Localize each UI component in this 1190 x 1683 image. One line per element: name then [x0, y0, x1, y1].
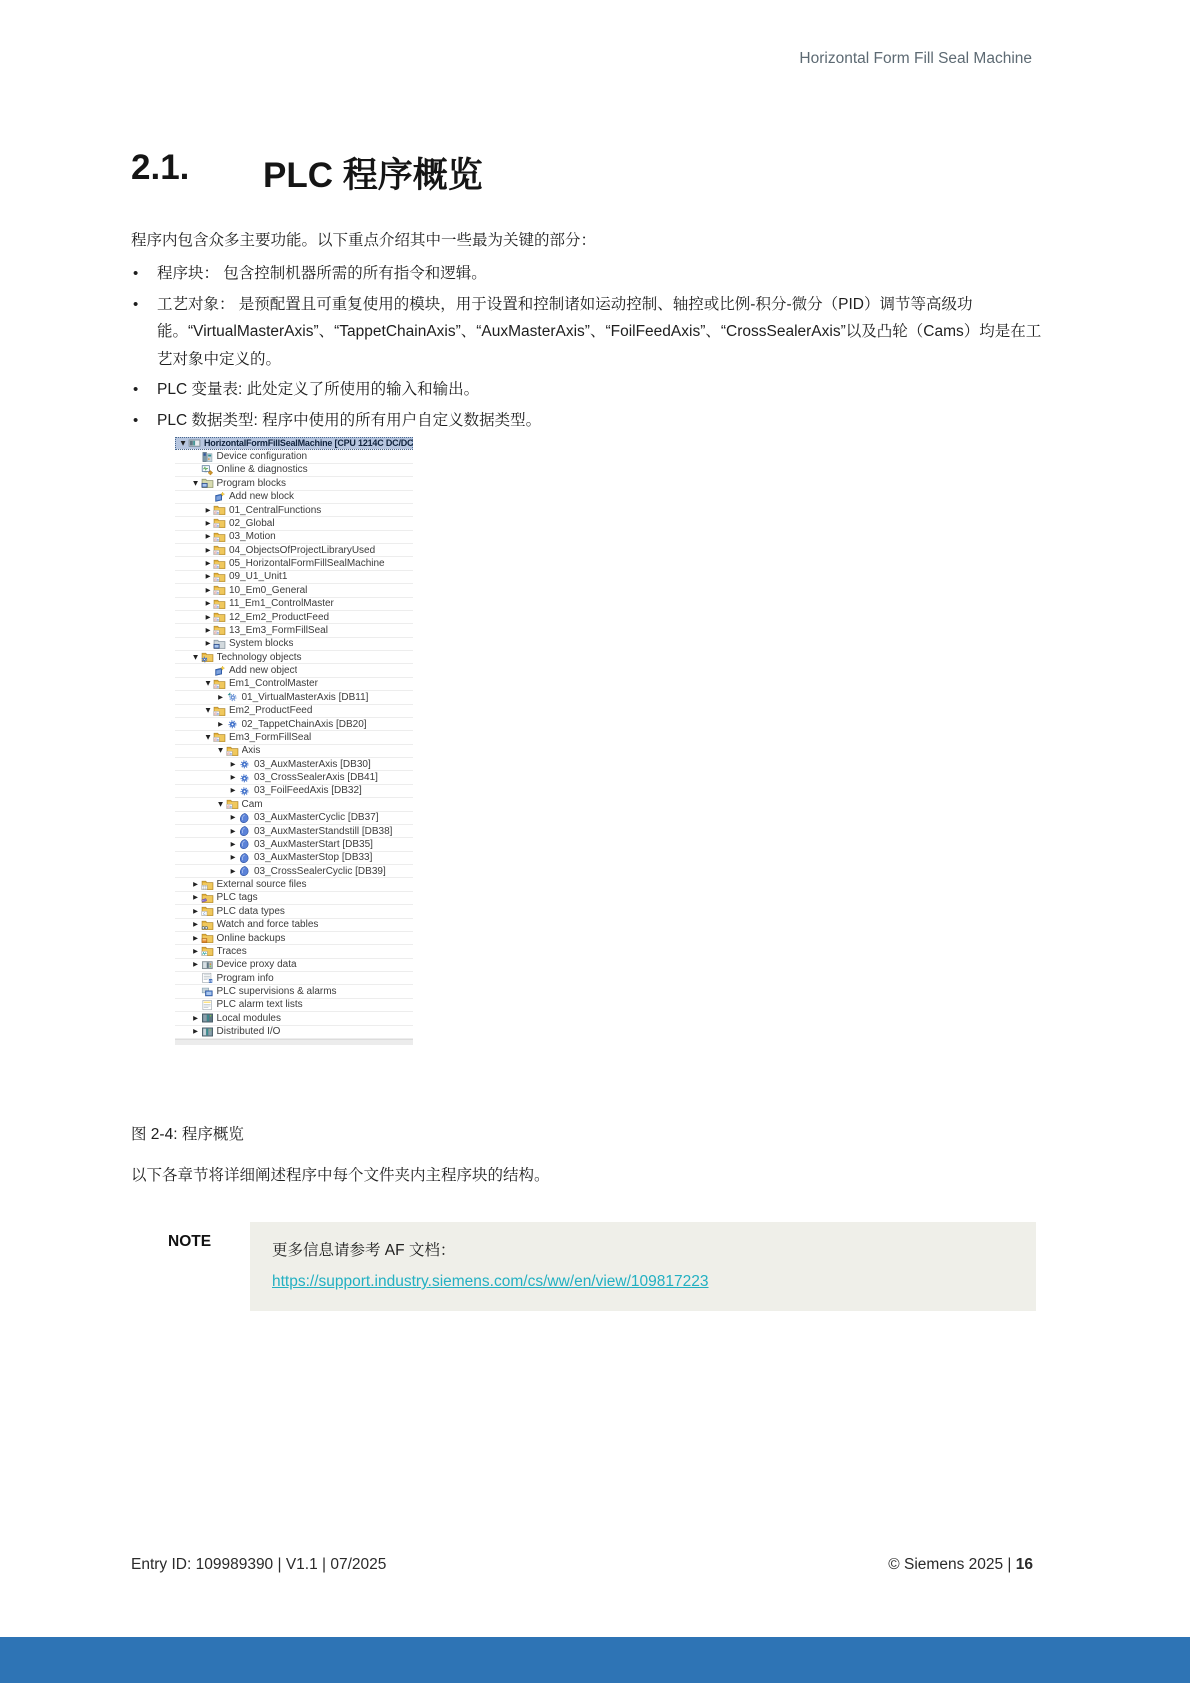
svg-text:b: b [217, 591, 219, 595]
tree-item-label: Online & diagnostics [217, 464, 308, 475]
block-folder-icon: Eb [226, 798, 239, 810]
tree-item[interactable]: ▶Online backups [175, 932, 413, 945]
tree-item-label: Program blocks [217, 478, 286, 489]
bullet-text: PLC 变量表: 此处定义了所使用的输入和输出。 [157, 376, 1045, 404]
tree-item-label: Em2_ProductFeed [229, 705, 312, 716]
system-blocks-folder-icon [213, 638, 226, 650]
tree-footer-strip [175, 1039, 413, 1045]
online-diagnostics-icon: ? [201, 464, 214, 476]
bullet-text: 工艺对象： 是预配置且可重复使用的模块，用于设置和控制诸如运动控制、轴控或比例-… [157, 291, 1045, 374]
tree-item-label: 02_TappetChainAxis [DB20] [242, 719, 367, 730]
tree-item[interactable]: ▼Program blocks [175, 477, 413, 490]
svg-text:b: b [217, 738, 219, 742]
tree-item[interactable]: ▼Technology objects [175, 651, 413, 664]
axis-gear-icon [238, 785, 251, 797]
tree-item-label: 01_VirtualMasterAxis [DB11] [242, 692, 369, 703]
tree-item-label: Add new block [229, 491, 294, 502]
chevron-collapsed-icon[interactable]: ▶ [228, 761, 238, 768]
chevron-collapsed-icon[interactable]: ▶ [203, 614, 213, 621]
chevron-collapsed-icon[interactable]: ▶ [228, 828, 238, 835]
svg-text:b: b [217, 618, 219, 622]
tree-item-label: Add new object [229, 665, 297, 676]
cam-icon [238, 825, 251, 837]
tree-item-label: External source files [217, 879, 307, 890]
svg-text:b: b [217, 578, 219, 582]
bullet-text: 程序块： 包含控制机器所需的所有指令和逻辑。 [157, 260, 1045, 288]
tree-item-label: Local modules [217, 1013, 281, 1024]
chevron-expanded-icon[interactable]: ▼ [178, 440, 188, 447]
backup-folder-icon [201, 932, 214, 944]
tree-item[interactable]: PLC alarm text lists [175, 999, 413, 1012]
svg-text:b: b [217, 511, 219, 515]
block-folder-icon: Eb [213, 731, 226, 743]
traces-folder-icon [201, 945, 214, 957]
tree-item-label: Device configuration [217, 451, 308, 462]
block-folder-icon: Eb [226, 745, 239, 757]
tree-item-label: Technology objects [217, 652, 302, 663]
device-config-icon [201, 451, 214, 463]
tree-item[interactable]: ▶03_AuxMasterStop [DB33] [175, 852, 413, 865]
chevron-collapsed-icon[interactable]: ▶ [228, 854, 238, 861]
document-page: Horizontal Form Fill Seal Machine 2.1. P… [0, 0, 1190, 1683]
svg-text:?: ? [209, 471, 211, 475]
block-folder-icon: Eb [213, 624, 226, 636]
tree-item-label: 04_ObjectsOfProjectLibraryUsed [229, 545, 375, 556]
cam-icon [238, 865, 251, 877]
datatypes-folder-icon: c [201, 905, 214, 917]
cam-icon [238, 838, 251, 850]
tree-item-label: 05_HorizontalFormFillSealMachine [229, 558, 385, 569]
block-folder-icon: Eb [213, 678, 226, 690]
bullet-icon: • [133, 260, 157, 288]
chevron-expanded-icon[interactable]: ▼ [216, 801, 226, 808]
tree-item[interactable]: ▶Eb12_Em2_ProductFeed [175, 611, 413, 624]
chevron-collapsed-icon[interactable]: ▶ [203, 560, 213, 567]
tree-item-label: 03_CrossSealerCyclic [DB39] [254, 866, 386, 877]
tree-item[interactable]: Add new object [175, 664, 413, 677]
tree-item[interactable]: ▶Eb09_U1_Unit1 [175, 571, 413, 584]
svg-text:b: b [217, 538, 219, 542]
chevron-collapsed-icon[interactable]: ▶ [228, 841, 238, 848]
tree-item[interactable]: ▶Traces [175, 945, 413, 958]
tree-item-label: Distributed I/O [217, 1026, 281, 1037]
tree-item[interactable]: ▶Eb10_Em0_General [175, 584, 413, 597]
tree-item[interactable]: ▶01_VirtualMasterAxis [DB11] [175, 691, 413, 704]
tree-item[interactable]: ▼HorizontalFormFillSealMachine [CPU 1214… [175, 437, 413, 450]
block-folder-icon: Eb [213, 571, 226, 583]
tree-item[interactable]: ?Online & diagnostics [175, 464, 413, 477]
tree-item[interactable]: ▼EbEm2_ProductFeed [175, 705, 413, 718]
chevron-expanded-icon[interactable]: ▼ [203, 680, 213, 687]
plc-station-icon [188, 437, 201, 449]
tree-item[interactable]: ▶Eb02_Global [175, 517, 413, 530]
chevron-collapsed-icon[interactable]: ▶ [203, 573, 213, 580]
tree-item-label: 03_AuxMasterCyclic [DB37] [254, 812, 379, 823]
supervisions-icon [201, 986, 214, 998]
bullet-icon: • [133, 407, 157, 435]
tree-item-label: 03_AuxMasterStandstill [DB38] [254, 826, 392, 837]
local-modules-icon [201, 1012, 214, 1024]
tree-item-label: PLC data types [217, 906, 285, 917]
axis-gear-icon [238, 772, 251, 784]
program-info-icon: 24 [201, 972, 214, 984]
svg-text:b: b [217, 685, 219, 689]
tree-item-label: Watch and force tables [217, 919, 319, 930]
block-folder-icon: Eb [213, 517, 226, 529]
chevron-collapsed-icon[interactable]: ▶ [203, 587, 213, 594]
intro-paragraph: 程序内包含众多主要功能。以下重点介绍其中一些最为关键的部分： [131, 228, 596, 250]
block-folder-icon: Eb [213, 598, 226, 610]
alarm-text-lists-icon [201, 999, 214, 1011]
tree-item[interactable]: PLC supervisions & alarms [175, 985, 413, 998]
bullet-list: •程序块： 包含控制机器所需的所有指令和逻辑。•工艺对象： 是预配置且可重复使用… [133, 260, 1045, 437]
chevron-collapsed-icon[interactable]: ▶ [216, 694, 226, 701]
tree-item[interactable]: Device configuration [175, 450, 413, 463]
tree-item-label: Traces [217, 946, 247, 957]
bullet-item: •程序块： 包含控制机器所需的所有指令和逻辑。 [133, 260, 1045, 288]
chevron-collapsed-icon[interactable]: ▶ [191, 921, 201, 928]
tree-item[interactable]: ▶cPLC data types [175, 905, 413, 918]
tree-item-label: Axis [242, 745, 261, 756]
block-folder-icon: Eb [213, 504, 226, 516]
tree-item-label: Cam [242, 799, 263, 810]
chevron-collapsed-icon[interactable]: ▶ [191, 935, 201, 942]
chevron-collapsed-icon[interactable]: ▶ [191, 908, 201, 915]
tree-item[interactable]: ▼EbEm3_FormFillSeal [175, 731, 413, 744]
program-blocks-folder-icon [201, 477, 214, 489]
block-folder-icon: Eb [213, 558, 226, 570]
tree-item[interactable]: ▶02_TappetChainAxis [DB20] [175, 718, 413, 731]
note-text: 更多信息请参考 AF 文档： [272, 1238, 1014, 1260]
bullet-item: •工艺对象： 是预配置且可重复使用的模块，用于设置和控制诸如运动控制、轴控或比例… [133, 291, 1045, 374]
tree-item-label: Em3_FormFillSeal [229, 732, 311, 743]
figure-caption: 图 2-4: 程序概览 [131, 1122, 244, 1144]
chevron-collapsed-icon[interactable]: ▶ [216, 721, 226, 728]
chevron-collapsed-icon[interactable]: ▶ [191, 1015, 201, 1022]
chevron-collapsed-icon[interactable]: ▶ [203, 640, 213, 647]
section-title-text: PLC 程序概览 [263, 148, 483, 198]
tree-item-label: Program info [217, 973, 274, 984]
chevron-collapsed-icon[interactable]: ▶ [203, 600, 213, 607]
block-folder-icon: Eb [213, 531, 226, 543]
virtual-axis-icon [226, 691, 239, 703]
watch-folder-icon [201, 919, 214, 931]
tree-item-label: 13_Em3_FormFillSeal [229, 625, 328, 636]
tree-item[interactable]: ▶03_FoilFeedAxis [DB32] [175, 785, 413, 798]
tree-item[interactable]: ▶Eb03_Motion [175, 531, 413, 544]
chevron-collapsed-icon[interactable]: ▶ [203, 533, 213, 540]
tree-item[interactable]: ▶Eb11_Em1_ControlMaster [175, 598, 413, 611]
tree-item-label: 11_Em1_ControlMaster [229, 598, 334, 609]
tree-item[interactable]: ▼EbEm1_ControlMaster [175, 678, 413, 691]
footer-copyright: © Siemens 2025 | 16 [888, 1556, 1033, 1574]
tree-item[interactable]: ▶03_AuxMasterStart [DB35] [175, 838, 413, 851]
cam-icon [238, 812, 251, 824]
chevron-collapsed-icon[interactable]: ▶ [191, 881, 201, 888]
chevron-expanded-icon[interactable]: ▼ [216, 747, 226, 754]
tree-item[interactable]: Add new block [175, 491, 413, 504]
tree-item-label: Device proxy data [217, 959, 297, 970]
svg-text:b: b [217, 605, 219, 609]
svg-text:b: b [217, 524, 219, 528]
tree-item[interactable]: ▶External source files [175, 878, 413, 891]
svg-text:b: b [217, 631, 219, 635]
block-folder-icon: Eb [213, 611, 226, 623]
tree-item-label: 02_Global [229, 518, 275, 529]
proxy-device-icon [201, 959, 214, 971]
block-folder-icon: Eb [213, 544, 226, 556]
running-header: Horizontal Form Fill Seal Machine [799, 50, 1032, 68]
tree-item[interactable]: ▶Eb13_Em3_FormFillSeal [175, 624, 413, 637]
bullet-icon: • [133, 291, 157, 374]
tree-item-label: 03_FoilFeedAxis [DB32] [254, 785, 362, 796]
chevron-collapsed-icon[interactable]: ▶ [228, 868, 238, 875]
chevron-collapsed-icon[interactable]: ▶ [203, 547, 213, 554]
tree-item-label: PLC supervisions & alarms [217, 986, 337, 997]
tree-item-label: 03_Motion [229, 531, 276, 542]
tree-item[interactable]: ▶Eb04_ObjectsOfProjectLibraryUsed [175, 544, 413, 557]
chevron-collapsed-icon[interactable]: ▶ [228, 814, 238, 821]
tags-folder-icon [201, 892, 214, 904]
svg-text:b: b [217, 712, 219, 716]
bullet-item: •PLC 变量表: 此处定义了所使用的输入和输出。 [133, 376, 1045, 404]
block-folder-icon: Eb [213, 705, 226, 717]
chevron-collapsed-icon[interactable]: ▶ [191, 948, 201, 955]
chevron-collapsed-icon[interactable]: ▶ [203, 507, 213, 514]
svg-text:c: c [203, 911, 205, 916]
tree-item[interactable]: ▶Device proxy data [175, 959, 413, 972]
svg-text:b: b [229, 752, 231, 756]
tree-item-label: 12_Em2_ProductFeed [229, 612, 329, 623]
svg-text:b: b [229, 805, 231, 809]
tree-item-label: 03_AuxMasterAxis [DB30] [254, 759, 371, 770]
note-box: 更多信息请参考 AF 文档： https://support.industry.… [250, 1222, 1036, 1311]
tree-item-label: Online backups [217, 933, 286, 944]
tree-item[interactable]: 24Program info [175, 972, 413, 985]
page-footer: Entry ID: 109989390 | V1.1 | 07/2025 © S… [131, 1556, 1033, 1574]
chevron-collapsed-icon[interactable]: ▶ [228, 774, 238, 781]
tree-item[interactable]: ▶03_CrossSealerCyclic [DB39] [175, 865, 413, 878]
svg-text:b: b [217, 551, 219, 555]
tree-item[interactable]: ▶Watch and force tables [175, 919, 413, 932]
tree-item[interactable]: ▶03_AuxMasterCyclic [DB37] [175, 812, 413, 825]
tree-item-label: 03_AuxMasterStart [DB35] [254, 839, 373, 850]
tree-item[interactable]: ▶Distributed I/O [175, 1026, 413, 1039]
tree-item-label: 03_CrossSealerAxis [DB41] [254, 772, 378, 783]
footer-entry-id: Entry ID: 109989390 | V1.1 | 07/2025 [131, 1556, 386, 1574]
tree-item[interactable]: ▶Eb05_HorizontalFormFillSealMachine [175, 557, 413, 570]
tree-item[interactable]: ▼EbAxis [175, 745, 413, 758]
chevron-collapsed-icon[interactable]: ▶ [203, 520, 213, 527]
svg-text:b: b [217, 565, 219, 569]
chevron-expanded-icon[interactable]: ▼ [191, 654, 201, 661]
chevron-expanded-icon[interactable]: ▼ [203, 707, 213, 714]
cam-icon [238, 852, 251, 864]
chevron-collapsed-icon[interactable]: ▶ [191, 894, 201, 901]
chevron-expanded-icon[interactable]: ▼ [203, 734, 213, 741]
add-new-object-icon [213, 665, 226, 677]
bottom-accent-bar [0, 1637, 1190, 1683]
project-tree: ▼HorizontalFormFillSealMachine [CPU 1214… [175, 437, 413, 1045]
tree-item[interactable]: ▶03_AuxMasterAxis [DB30] [175, 758, 413, 771]
chevron-collapsed-icon[interactable]: ▶ [191, 961, 201, 968]
note-label: NOTE [168, 1233, 211, 1251]
source-folder-icon [201, 879, 214, 891]
bullet-icon: • [133, 376, 157, 404]
chevron-collapsed-icon[interactable]: ▶ [203, 627, 213, 634]
tree-item-label: System blocks [229, 638, 293, 649]
block-folder-icon: Eb [213, 584, 226, 596]
tree-item[interactable]: ▶03_AuxMasterStandstill [DB38] [175, 825, 413, 838]
note-link[interactable]: https://support.industry.siemens.com/cs/… [272, 1273, 709, 1291]
bullet-item: •PLC 数据类型: 程序中使用的所有用户自定义数据类型。 [133, 407, 1045, 435]
chevron-collapsed-icon[interactable]: ▶ [228, 787, 238, 794]
tree-item-label: 09_U1_Unit1 [229, 571, 287, 582]
tree-item[interactable]: ▶PLC tags [175, 892, 413, 905]
bullet-text: PLC 数据类型: 程序中使用的所有用户自定义数据类型。 [157, 407, 1045, 435]
tree-item-label: 01_CentralFunctions [229, 505, 321, 516]
tree-item-label: 10_Em0_General [229, 585, 307, 596]
tree-item[interactable]: ▶Eb01_CentralFunctions [175, 504, 413, 517]
tree-item[interactable]: ▶03_CrossSealerAxis [DB41] [175, 771, 413, 784]
section-title: 2.1. PLC 程序概览 [131, 148, 483, 198]
svg-text:24: 24 [208, 979, 212, 983]
tree-item[interactable]: ▼EbCam [175, 798, 413, 811]
tree-item-label: PLC alarm text lists [217, 999, 303, 1010]
tree-item-label: PLC tags [217, 892, 258, 903]
axis-gear-icon [238, 758, 251, 770]
add-new-block-icon [213, 491, 226, 503]
chevron-collapsed-icon[interactable]: ▶ [191, 1028, 201, 1035]
tree-item-label: 03_AuxMasterStop [DB33] [254, 852, 372, 863]
following-paragraph: 以下各章节将详细阐述程序中每个文件夹内主程序块的结构。 [131, 1163, 550, 1185]
page-number: 16 [1016, 1556, 1033, 1573]
axis-gear-icon [226, 718, 239, 730]
section-number: 2.1. [131, 148, 263, 198]
distributed-io-icon [201, 1026, 214, 1038]
technology-folder-icon [201, 651, 214, 663]
tree-item[interactable]: ▶System blocks [175, 638, 413, 651]
tree-item-label: HorizontalFormFillSealMachine [CPU 1214C… [204, 438, 413, 448]
tree-item-label: Em1_ControlMaster [229, 678, 318, 689]
chevron-expanded-icon[interactable]: ▼ [191, 480, 201, 487]
tree-item[interactable]: ▶Local modules [175, 1012, 413, 1025]
